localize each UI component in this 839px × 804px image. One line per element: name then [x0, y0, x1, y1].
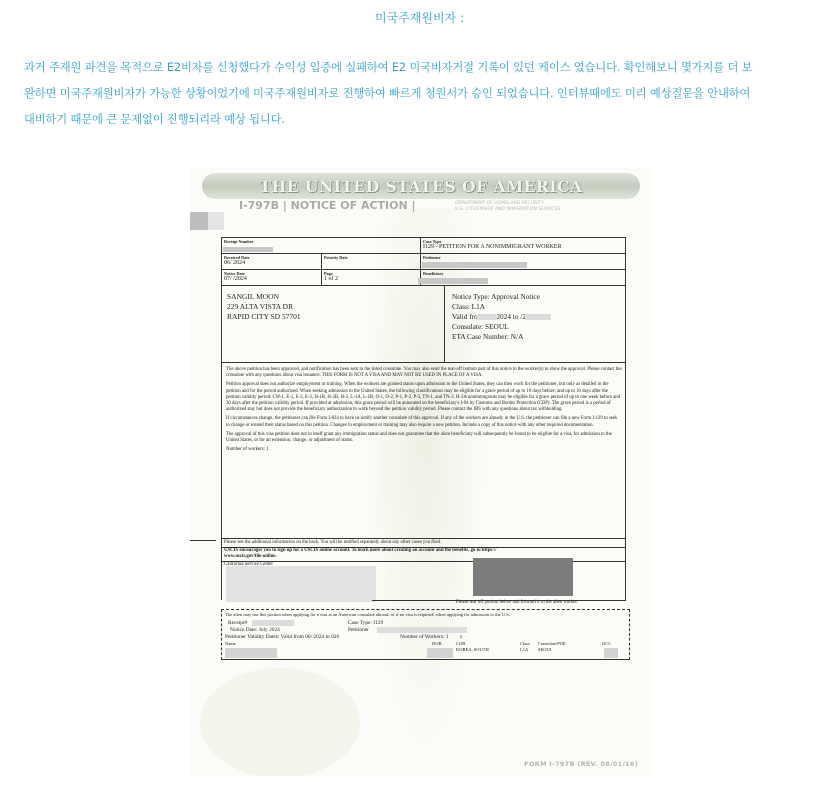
fold-mark: [190, 540, 216, 541]
redacted-beneficiary: [418, 278, 488, 284]
department-text: DEPARTMENT OF HOMELAND SECURITY U.S. CIT…: [455, 201, 560, 212]
mailing-address: SANGIL MOON 229 ALTA VISTA DR RAPID CITY…: [227, 292, 301, 322]
redacted-date: [477, 314, 497, 320]
redacted-block: [208, 212, 224, 230]
received-date-cell: Received Date 06/ 2024: [222, 254, 322, 270]
post-paragraph: 과거 주재원 파견을 목적으로 E2비자를 신청했다가 수익성 입증에 실패하여…: [24, 55, 824, 133]
priority-date-cell: Priority Date: [322, 254, 421, 270]
redacted-address: [226, 566, 376, 602]
usa-banner: THE UNITED STATES OF AMERICA: [202, 173, 640, 199]
tear-off-portion: The alien may use this portion when appl…: [221, 609, 630, 660]
notice-body: The above petition has been approved, an…: [226, 367, 622, 456]
tear-instruction: Please tear off portion below and forwar…: [456, 600, 578, 605]
post-title: 미국주재원비자 :: [0, 9, 839, 26]
case-info-grid: Receipt Number Case Type I129 - PETITION…: [221, 237, 626, 286]
notice-date-cell: Notice Date 07/ /2024: [222, 270, 322, 286]
redacted-block: [190, 212, 208, 230]
paragraph-line: 완하면 미국주재원비자가 가능한 상황이었기에 미국주재원비자로 진행하여 빠르…: [24, 81, 824, 107]
seal-watermark: [200, 668, 360, 776]
approval-notice-image: THE UNITED STATES OF AMERICA I-797B | NO…: [190, 168, 652, 776]
redacted-date: [525, 314, 551, 320]
case-type-cell: Case Type I129 - PETITION FOR A NONIMMIG…: [421, 238, 626, 254]
address-notice-box: SANGIL MOON 229 ALTA VISTA DR RAPID CITY…: [221, 285, 626, 363]
form-title: I-797B | NOTICE OF ACTION |: [239, 199, 416, 212]
paragraph-line: 대비하기 때문에 큰 문제없이 진행되리라 예상 됩니다.: [24, 107, 824, 133]
form-footer: FORM I-797B (REV. 08/01/16): [524, 760, 638, 768]
redacted-petitioner: [422, 262, 527, 268]
divider: [444, 286, 445, 362]
redacted-receipt: [223, 247, 273, 252]
paragraph-line: 과거 주재원 파견을 목적으로 E2비자를 신청했다가 수익성 입증에 실패하여…: [24, 55, 824, 81]
redacted-barcode: [473, 558, 573, 596]
page-cell: Page 1 of 2: [322, 270, 421, 286]
notice-body-box: The above petition has been approved, an…: [221, 362, 626, 539]
